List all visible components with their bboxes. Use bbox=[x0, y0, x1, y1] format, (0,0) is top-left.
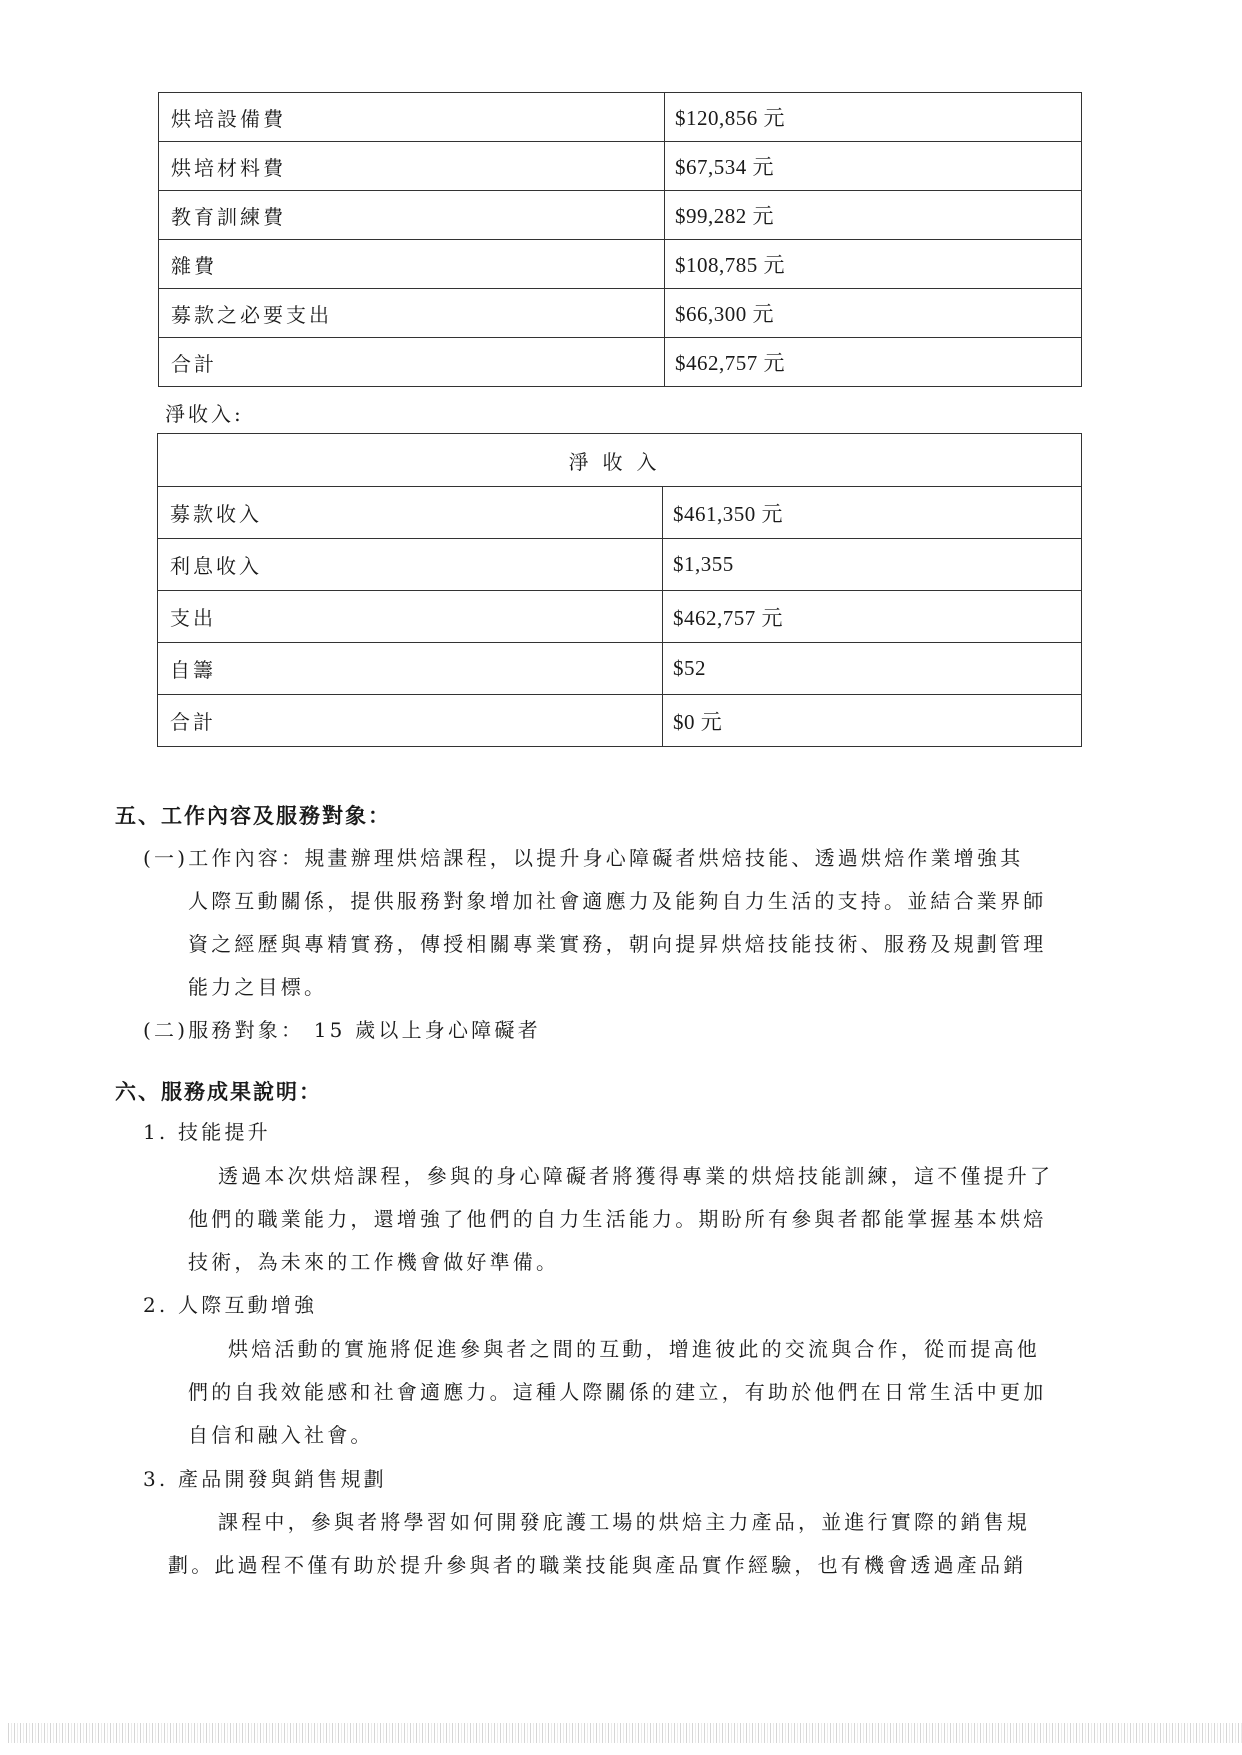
section6-item2-line1: 烘焙活動的實施將促進參與者之間的互動，增進彼此的交流與合作，從而提高他 bbox=[228, 1327, 1040, 1371]
section5-title: 五、工作內容及服務對象： bbox=[115, 800, 391, 830]
section6-item2-heading: 2. 人際互動增強 bbox=[143, 1283, 317, 1327]
net-value: $52 bbox=[663, 643, 1082, 695]
net-value: $461,350 元 bbox=[663, 487, 1082, 539]
net-income-caption: 淨收入: bbox=[165, 398, 244, 427]
section6-item2-line2: 們的自我效能感和社會適應力。這種人際關係的建立，有助於他們在日常生活中更加 bbox=[188, 1370, 1046, 1414]
section6-item1-heading: 1. 技能提升 bbox=[143, 1110, 271, 1154]
expense-total-value: $462,757 元 bbox=[665, 338, 1082, 387]
net-income-table: 淨收入 募款收入$461,350 元 利息收入$1,355 支出$462,757… bbox=[157, 433, 1082, 747]
expense-label: 烘培設備費 bbox=[159, 93, 665, 142]
section5-item1-line1: (一)工作內容：規畫辦理烘焙課程，以提升身心障礙者烘焙技能、透過烘焙作業增強其 bbox=[143, 836, 1023, 880]
table-header-row: 淨收入 bbox=[158, 434, 1082, 487]
expense-value: $67,534 元 bbox=[665, 142, 1082, 191]
section6-item1-line2: 他們的職業能力，還增強了他們的自力生活能力。期盼所有參與者都能掌握基本烘焙 bbox=[188, 1197, 1046, 1241]
net-value: $1,355 bbox=[663, 539, 1082, 591]
expense-label: 募款之必要支出 bbox=[159, 289, 665, 338]
net-label: 募款收入 bbox=[158, 487, 663, 539]
section6-item3-heading: 3. 產品開發與銷售規劃 bbox=[143, 1457, 387, 1501]
section6-item1-line3: 技術，為未來的工作機會做好準備。 bbox=[188, 1240, 559, 1284]
expense-label: 教育訓練費 bbox=[159, 191, 665, 240]
table-row: 雜費$108,785 元 bbox=[159, 240, 1082, 289]
expense-value: $108,785 元 bbox=[665, 240, 1082, 289]
table-row: 自籌$52 bbox=[158, 643, 1082, 695]
net-label: 支出 bbox=[158, 591, 663, 643]
table-row: 利息收入$1,355 bbox=[158, 539, 1082, 591]
section6-item3-line2: 劃。此過程不僅有助於提升參與者的職業技能與產品實作經驗，也有機會透過產品銷 bbox=[168, 1543, 1026, 1587]
net-label: 自籌 bbox=[158, 643, 663, 695]
net-value: $462,757 元 bbox=[663, 591, 1082, 643]
expense-value: $99,282 元 bbox=[665, 191, 1082, 240]
table-row-total: 合計$462,757 元 bbox=[159, 338, 1082, 387]
section5-item1-line3: 資之經歷與專精實務，傳授相關專業實務，朝向提昇烘焙技能技術、服務及規劃管理 bbox=[188, 922, 1046, 966]
section6-item1-line1: 透過本次烘焙課程，參與的身心障礙者將獲得專業的烘焙技能訓練，這不僅提升了 bbox=[218, 1154, 1053, 1198]
expense-label: 烘培材料費 bbox=[159, 142, 665, 191]
expense-value: $66,300 元 bbox=[665, 289, 1082, 338]
net-label: 利息收入 bbox=[158, 539, 663, 591]
section5-item1-line2: 人際互動關係，提供服務對象增加社會適應力及能夠自力生活的支持。並結合業界師 bbox=[188, 879, 1046, 923]
net-total-label: 合計 bbox=[158, 695, 663, 747]
table-row: 烘培材料費$67,534 元 bbox=[159, 142, 1082, 191]
table-row: 烘培設備費$120,856 元 bbox=[159, 93, 1082, 142]
table-row: 募款收入$461,350 元 bbox=[158, 487, 1082, 539]
section6-item2-line3: 自信和融入社會。 bbox=[188, 1413, 374, 1457]
table-row: 支出$462,757 元 bbox=[158, 591, 1082, 643]
section6-item3-line1: 課程中，參與者將學習如何開發庇護工場的烘焙主力產品，並進行實際的銷售規 bbox=[218, 1500, 1030, 1544]
table-row: 募款之必要支出$66,300 元 bbox=[159, 289, 1082, 338]
table-row: 教育訓練費$99,282 元 bbox=[159, 191, 1082, 240]
net-income-header: 淨收入 bbox=[158, 434, 1082, 487]
section5-item1-line4: 能力之目標。 bbox=[188, 965, 327, 1009]
scan-noise-strip bbox=[8, 1723, 1242, 1743]
expense-value: $120,856 元 bbox=[665, 93, 1082, 142]
net-total-value: $0 元 bbox=[663, 695, 1082, 747]
table-row-total: 合計$0 元 bbox=[158, 695, 1082, 747]
expense-table: 烘培設備費$120,856 元 烘培材料費$67,534 元 教育訓練費$99,… bbox=[158, 92, 1082, 387]
section5-item2: (二)服務對象： 15 歲以上身心障礙者 bbox=[143, 1008, 541, 1052]
expense-total-label: 合計 bbox=[159, 338, 665, 387]
section6-title: 六、服務成果說明： bbox=[115, 1076, 322, 1106]
expense-label: 雜費 bbox=[159, 240, 665, 289]
